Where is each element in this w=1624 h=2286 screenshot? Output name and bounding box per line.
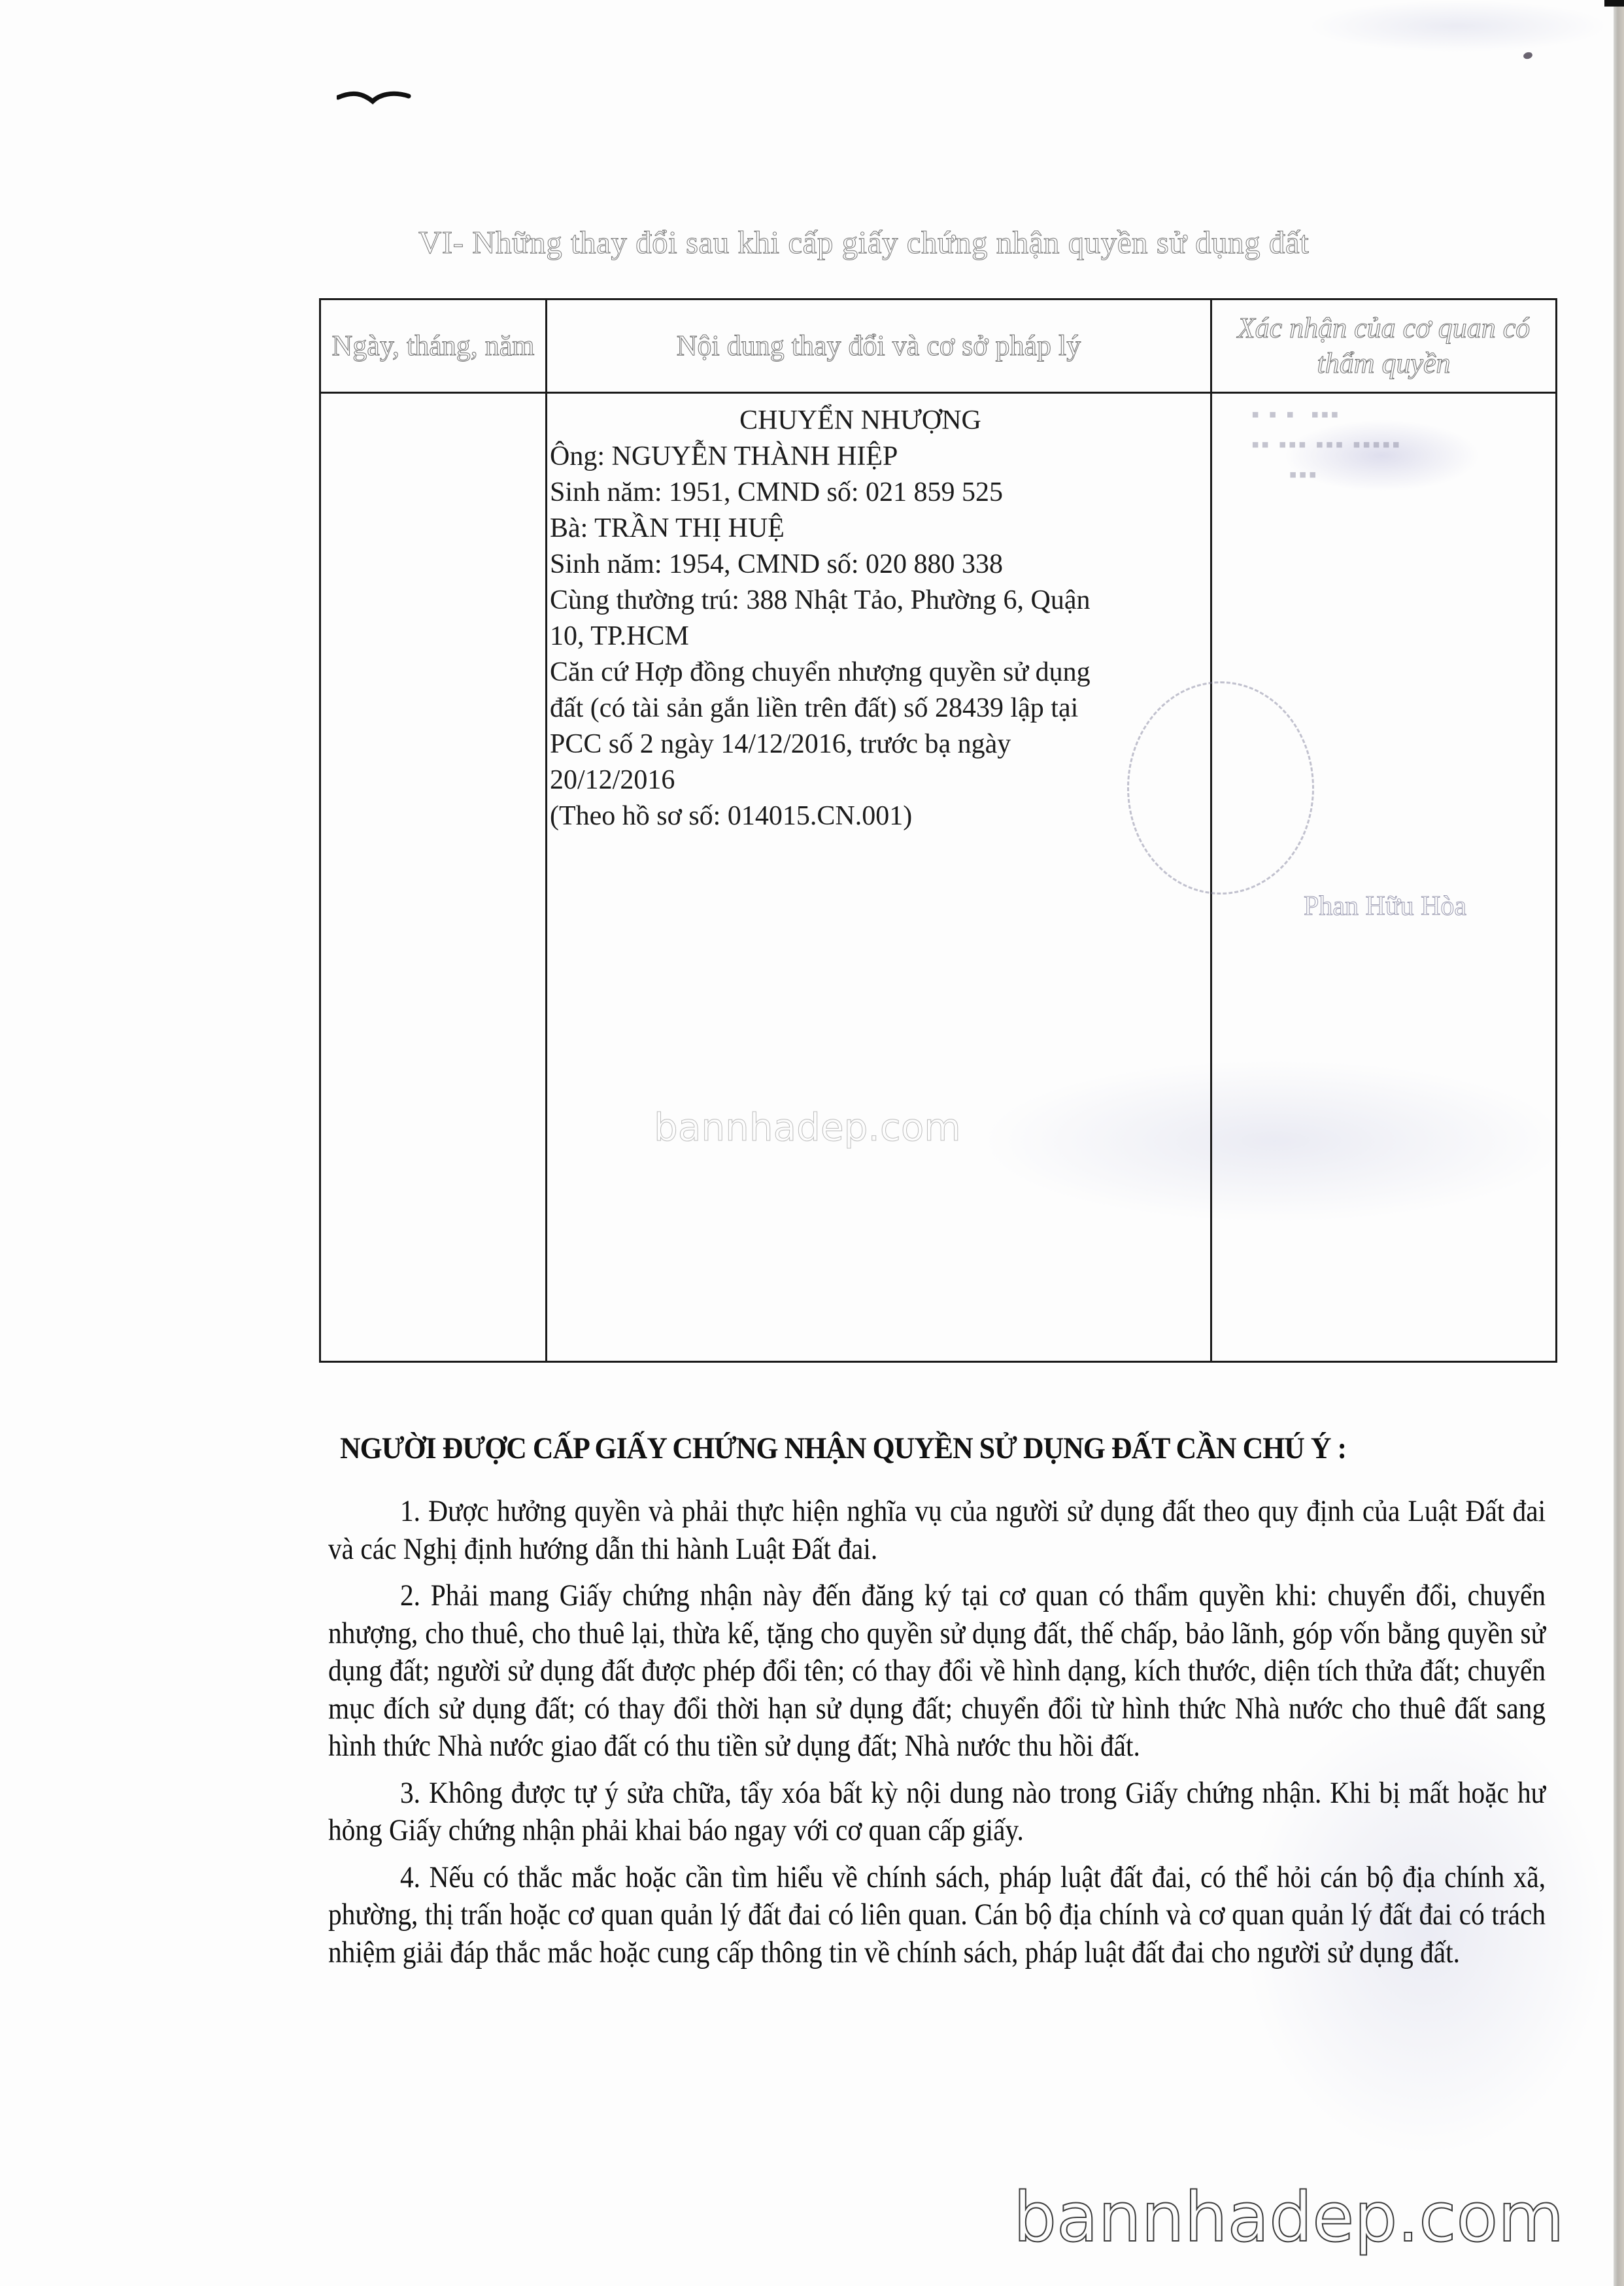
entry-line: đất (có tài sản gắn liền trên đất) số 28…: [550, 691, 1210, 726]
note-item: 1. Được hưởng quyền và phải thực hiện ng…: [328, 1493, 1546, 1568]
notes-title: NGƯỜI ĐƯỢC CẤP GIẤY CHỨNG NHẬN QUYỀN SỬ …: [340, 1431, 1477, 1466]
round-stamp-icon: [1127, 681, 1314, 895]
note-item: 2. Phải mang Giấy chứng nhận này đến đăn…: [328, 1577, 1546, 1766]
header-content: Nội dung thay đổi và cơ sở pháp lý: [547, 299, 1211, 393]
cell-confirm: ▪ ▪ ▪ ▪▪▪▪▪ ▪▪▪ ▪▪▪ ▪▪▪▪▪ ▪▪▪ Phan Hữu H…: [1211, 393, 1557, 1362]
scan-smudge: [1308, 0, 1608, 52]
change-entry: CHUYỂN NHƯỢNG Ông: NGUYỄN THÀNH HIỆP Sin…: [547, 394, 1210, 834]
section-title: VI- Những thay đổi sau khi cấp giấy chứn…: [418, 224, 1464, 261]
changes-table: Ngày, tháng, năm Nội dung thay đổi và cơ…: [319, 298, 1557, 1363]
entry-line: Bà: TRẦN THỊ HUỆ: [550, 511, 1210, 547]
signer-name: Phan Hữu Hòa: [1304, 891, 1466, 922]
entry-line: PCC số 2 ngày 14/12/2016, trước bạ ngày: [550, 726, 1210, 762]
entry-line: Sinh năm: 1954, CMND số: 020 880 338: [550, 547, 1210, 583]
cell-date: [320, 393, 547, 1362]
note-item: 4. Nếu có thắc mắc hoặc cần tìm hiểu về …: [328, 1859, 1546, 1972]
entry-line: Ông: NGUYỄN THÀNH HIỆP: [550, 439, 1210, 475]
page-edge: [1614, 7, 1624, 2286]
entry-line: 20/12/2016: [550, 762, 1210, 798]
cell-content: CHUYỂN NHƯỢNG Ông: NGUYỄN THÀNH HIỆP Sin…: [547, 393, 1211, 1362]
entry-line: (Theo hồ sơ số: 014015.CN.001): [550, 798, 1210, 834]
notes-list: 1. Được hưởng quyền và phải thực hiện ng…: [328, 1493, 1546, 1981]
entry-line: Sinh năm: 1951, CMND số: 021 859 525: [550, 475, 1210, 511]
watermark: bannhadep.com: [1013, 2177, 1564, 2257]
entry-line: Cùng thường trú: 388 Nhật Tảo, Phường 6,…: [550, 583, 1210, 619]
table-row: CHUYỂN NHƯỢNG Ông: NGUYỄN THÀNH HIỆP Sin…: [320, 393, 1557, 1362]
entry-line: Căn cứ Hợp đồng chuyển nhượng quyền sử d…: [550, 655, 1210, 691]
header-date: Ngày, tháng, năm: [320, 299, 547, 393]
squiggle-mark-icon: [337, 88, 415, 108]
scan-edge-mark: [1604, 0, 1624, 7]
ink-speck: [1523, 51, 1533, 60]
table-header-row: Ngày, tháng, năm Nội dung thay đổi và cơ…: [320, 299, 1557, 393]
entry-line: 10, TP.HCM: [550, 619, 1210, 655]
faded-stamp-text: ▪ ▪ ▪ ▪▪▪▪▪ ▪▪▪ ▪▪▪ ▪▪▪▪▪ ▪▪▪: [1251, 400, 1526, 490]
note-item: 3. Không được tự ý sửa chữa, tẩy xóa bất…: [328, 1775, 1546, 1850]
watermark: bannhadep.com: [654, 1105, 961, 1150]
header-confirm: Xác nhận của cơ quan có thẩm quyền: [1211, 299, 1557, 393]
entry-heading: CHUYỂN NHƯỢNG: [550, 403, 1210, 439]
